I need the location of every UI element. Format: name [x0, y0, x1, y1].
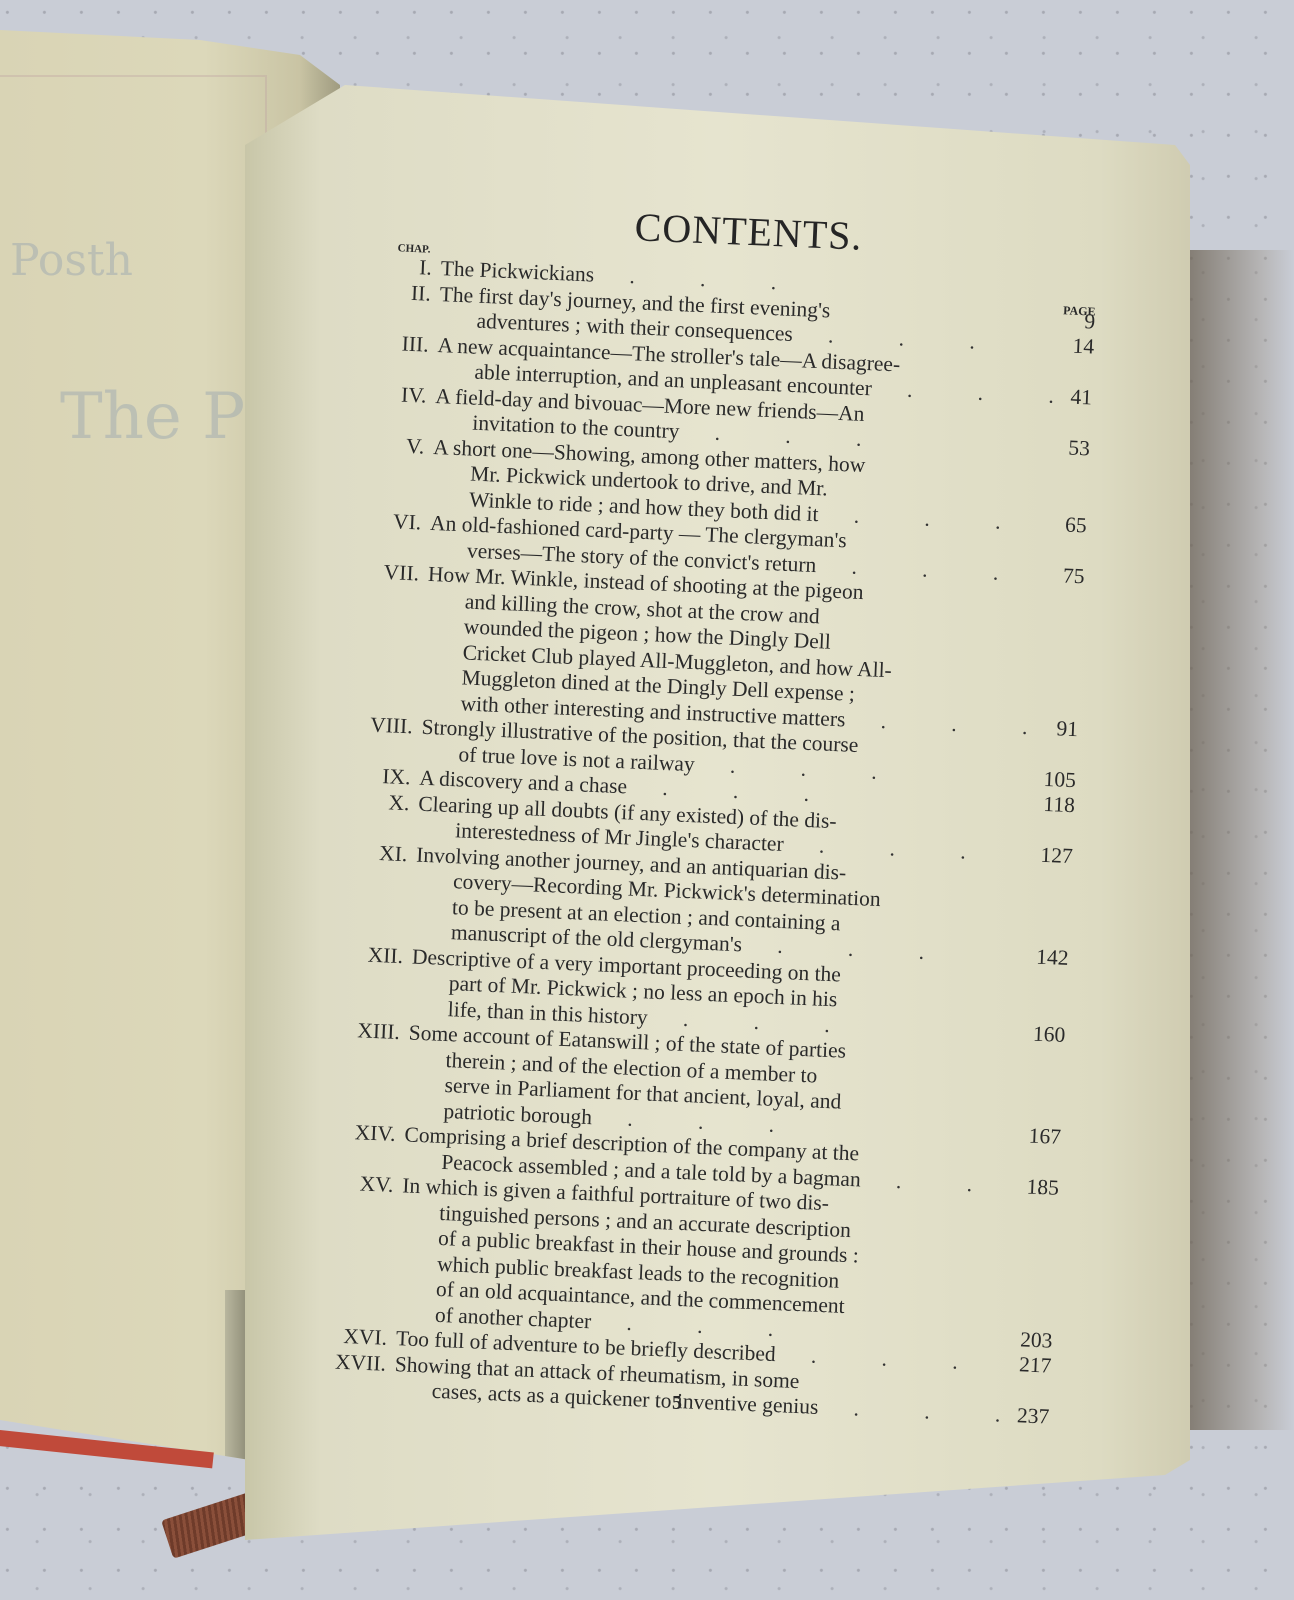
page-shadow: [1190, 250, 1294, 1430]
chapter-number: XVII.: [270, 1346, 386, 1376]
page-ref: 167: [1001, 1122, 1062, 1150]
page-ref: 14: [1034, 332, 1095, 360]
page-ref: 105: [1015, 765, 1076, 793]
chapter-number: XII.: [288, 939, 404, 969]
table-of-contents: CONTENTS. CHAP. PAGE I.The Pickwickians …: [269, 190, 1119, 1431]
page-ref: 185: [998, 1173, 1059, 1201]
page-ref: 91: [1018, 714, 1079, 742]
chapter-number: XIV.: [280, 1117, 396, 1147]
chapter-number: V.: [309, 429, 425, 459]
page-ref: 65: [1026, 510, 1087, 538]
toc-entries: I.The Pickwickians . . .9II.The first da…: [269, 251, 1116, 1431]
page-ref: 41: [1031, 383, 1092, 411]
page-ref: 217: [991, 1351, 1052, 1379]
chapter-number: III.: [313, 327, 429, 357]
chapter-number: XV.: [278, 1168, 394, 1198]
chapter-number: VI.: [306, 506, 422, 536]
left-ghost-text-2: The P: [60, 380, 245, 454]
left-ghost-text-1: Posth: [10, 235, 133, 286]
chapter-number: II.: [315, 276, 431, 306]
page-ref: 203: [992, 1326, 1053, 1354]
page-ref: 118: [1014, 791, 1075, 819]
chapter-number: XIII.: [284, 1015, 400, 1045]
page-ref: 160: [1005, 1020, 1066, 1048]
page-ref: 53: [1029, 434, 1090, 462]
page-ref: 142: [1008, 944, 1069, 972]
page-ref: 75: [1024, 561, 1085, 589]
chapter-number: VIII.: [297, 710, 413, 740]
chapter-number: VII.: [304, 557, 420, 587]
page-number: 5: [672, 1392, 682, 1415]
chapter-number: IV.: [311, 378, 427, 408]
chapter-number: X.: [294, 786, 410, 816]
page-ref: 237: [989, 1402, 1050, 1430]
chapter-number: XI.: [292, 837, 408, 867]
page-ref: 127: [1012, 842, 1073, 870]
